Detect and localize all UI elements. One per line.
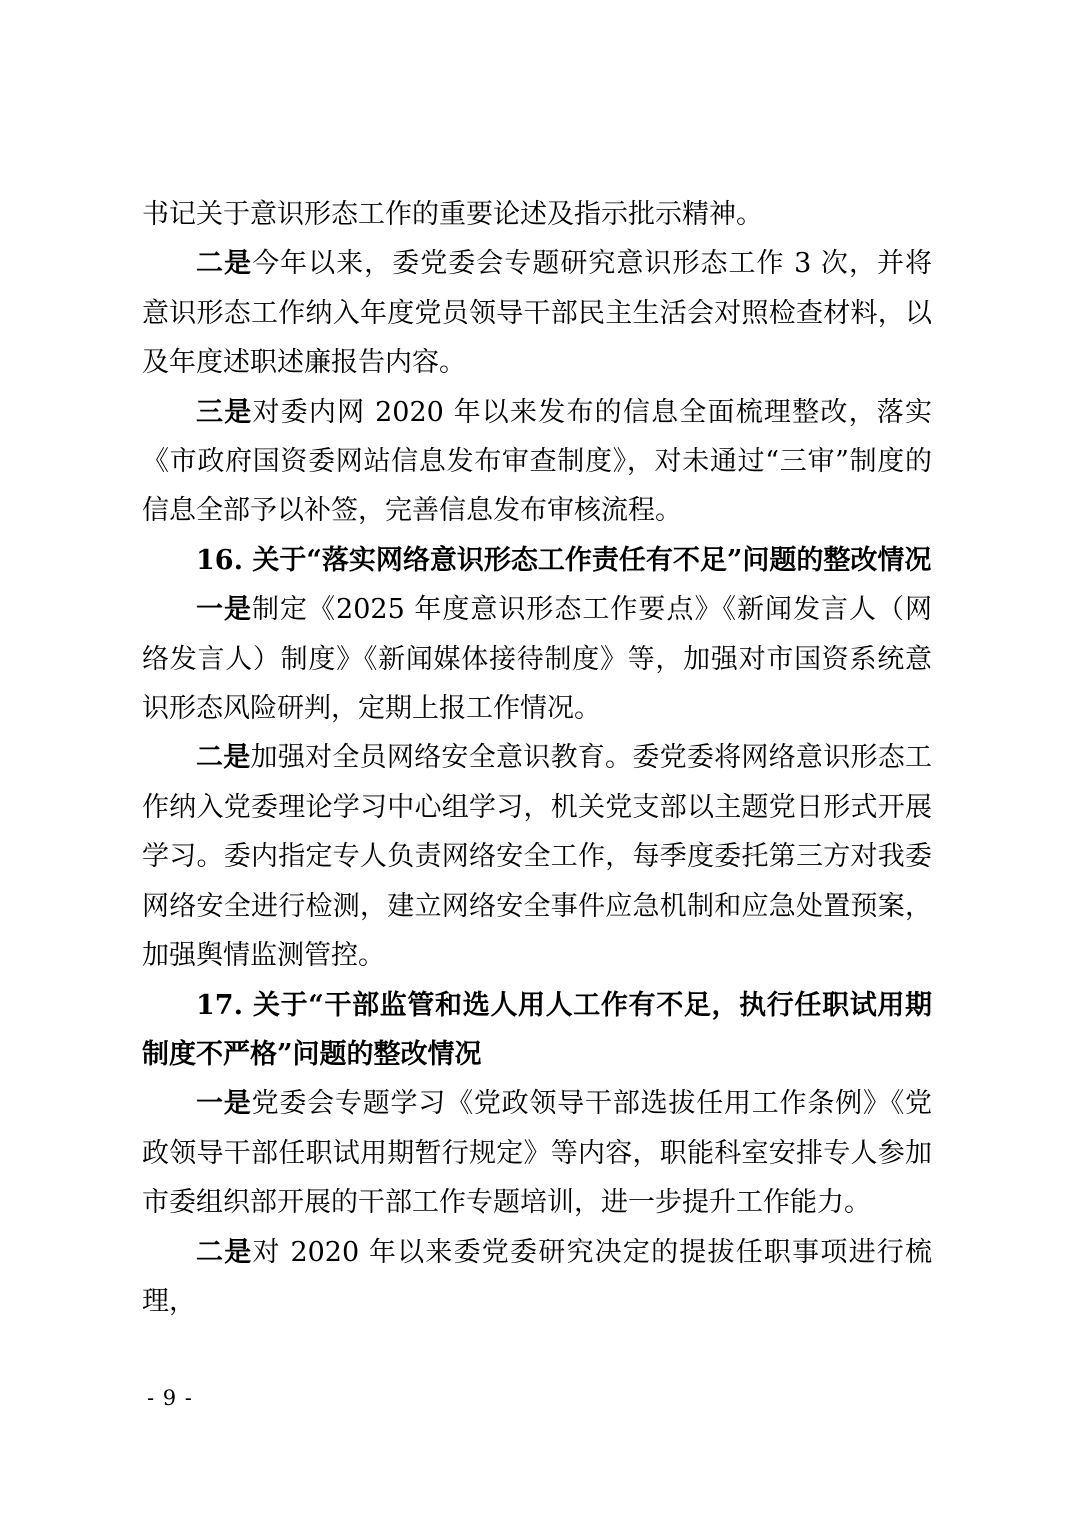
paragraph-lead: 二是 (196, 1237, 252, 1268)
paragraph-text: 制定《2025 年度意识形态工作要点》《新闻发言人（网络发言人）制度》《新闻媒体… (142, 594, 932, 724)
section-heading-16: 16. 关于“落实网络意识形态工作责任有不足”问题的整改情况 (142, 536, 932, 585)
paragraph-item-yishi-16: 一是制定《2025 年度意识形态工作要点》《新闻发言人（网络发言人）制度》《新闻… (142, 585, 932, 733)
section-heading-text: 16. 关于“落实网络意识形态工作责任有不足”问题的整改情况 (196, 545, 931, 576)
paragraph-continued-from-previous-page: 书记关于意识形态工作的重要论述及指示批示精神。 (142, 190, 932, 239)
paragraph-lead: 二是 (196, 248, 252, 279)
section-heading-text: 17. 关于“干部监管和选人用人工作有不足，执行任职试用期制度不严格”问题的整改… (142, 990, 932, 1070)
paragraph-lead: 三是 (196, 397, 252, 428)
paragraph-item-yishi-17: 一是党委会专题学习《党政领导干部选拔任用工作条例》《党政领导干部任职试用期暂行规… (142, 1079, 932, 1227)
paragraph-text: 书记关于意识形态工作的重要论述及指示批示精神。 (142, 199, 763, 230)
paragraph-text: 今年以来，委党委会专题研究意识形态工作 3 次，并将意识形态工作纳入年度党员领导… (142, 248, 932, 378)
document-content: 书记关于意识形态工作的重要论述及指示批示精神。 二是今年以来，委党委会专题研究意… (142, 190, 932, 1326)
paragraph-lead: 一是 (196, 594, 252, 625)
paragraph-item-ershi-17: 二是对 2020 年以来委党委研究决定的提拔任职事项进行梳理， (142, 1228, 932, 1327)
paragraph-text: 对 2020 年以来委党委研究决定的提拔任职事项进行梳理， (142, 1237, 932, 1317)
paragraph-lead: 一是 (196, 1088, 252, 1119)
paragraph-text: 加强对全员网络安全意识教育。委党委将网络意识形态工作纳入党委理论学习中心组学习，… (142, 742, 932, 971)
paragraph-text: 党委会专题学习《党政领导干部选拔任用工作条例》《党政领导干部任职试用期暂行规定》… (142, 1088, 932, 1218)
paragraph-text: 对委内网 2020 年以来发布的信息全面梳理整改，落实《市政府国资委网站信息发布… (142, 397, 932, 527)
document-page: 书记关于意识形态工作的重要论述及指示批示精神。 二是今年以来，委党委会专题研究意… (0, 0, 1074, 1520)
paragraph-lead: 二是 (196, 742, 251, 773)
paragraph-item-sanshi-1: 三是对委内网 2020 年以来发布的信息全面梳理整改，落实《市政府国资委网站信息… (142, 388, 932, 536)
paragraph-item-erchi-1: 二是今年以来，委党委会专题研究意识形态工作 3 次，并将意识形态工作纳入年度党员… (142, 239, 932, 387)
section-heading-17: 17. 关于“干部监管和选人用人工作有不足，执行任职试用期制度不严格”问题的整改… (142, 981, 932, 1080)
paragraph-item-ershi-16: 二是加强对全员网络安全意识教育。委党委将网络意识形态工作纳入党委理论学习中心组学… (142, 733, 932, 980)
page-number: - 9 - (147, 1386, 193, 1410)
